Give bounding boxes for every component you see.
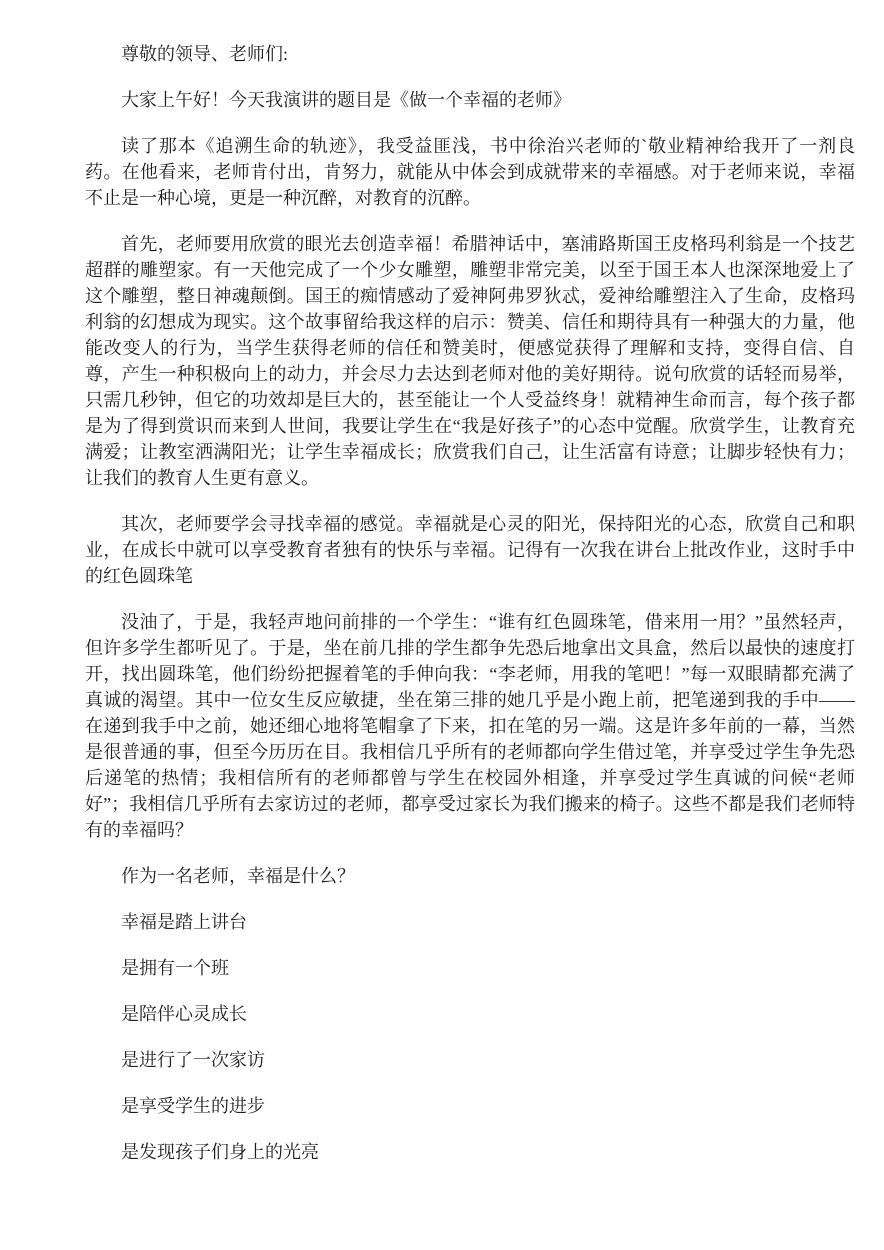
paragraph: 是享受学生的进步 (85, 1093, 855, 1119)
paragraph: 没油了，于是，我轻声地问前排的一个学生：“谁有红色圆珠笔，借来用一用？”虽然轻声… (85, 609, 855, 843)
paragraph: 幸福是踏上讲台 (85, 909, 855, 935)
document-page: { "page": { "background_color": "#ffffff… (0, 0, 884, 1250)
paragraph: 是发现孩子们身上的光亮 (85, 1139, 855, 1165)
paragraph: 是拥有一个班 (85, 955, 855, 981)
paragraph: 首先，老师要用欣赏的眼光去创造幸福！希腊神话中，塞浦路斯国王皮格玛利翁是一个技艺… (85, 231, 855, 491)
document-body: 尊敬的领导、老师们:大家上午好！今天我演讲的题目是《做一个幸福的老师》读了那本《… (85, 41, 855, 1165)
paragraph: 是陪伴心灵成长 (85, 1001, 855, 1027)
paragraph: 读了那本《追溯生命的轨迹》，我受益匪浅，书中徐治兴老师的`敬业精神给我开了一剂良… (85, 133, 855, 211)
page: 尊敬的领导、老师们:大家上午好！今天我演讲的题目是《做一个幸福的老师》读了那本《… (0, 0, 884, 1250)
paragraph: 作为一名老师，幸福是什么？ (85, 863, 855, 889)
paragraph: 其次，老师要学会寻找幸福的感觉。幸福就是心灵的阳光，保持阳光的心态，欣赏自己和职… (85, 511, 855, 589)
paragraph: 尊敬的领导、老师们: (85, 41, 855, 67)
paragraph: 大家上午好！今天我演讲的题目是《做一个幸福的老师》 (85, 87, 855, 113)
paragraph: 是进行了一次家访 (85, 1047, 855, 1073)
